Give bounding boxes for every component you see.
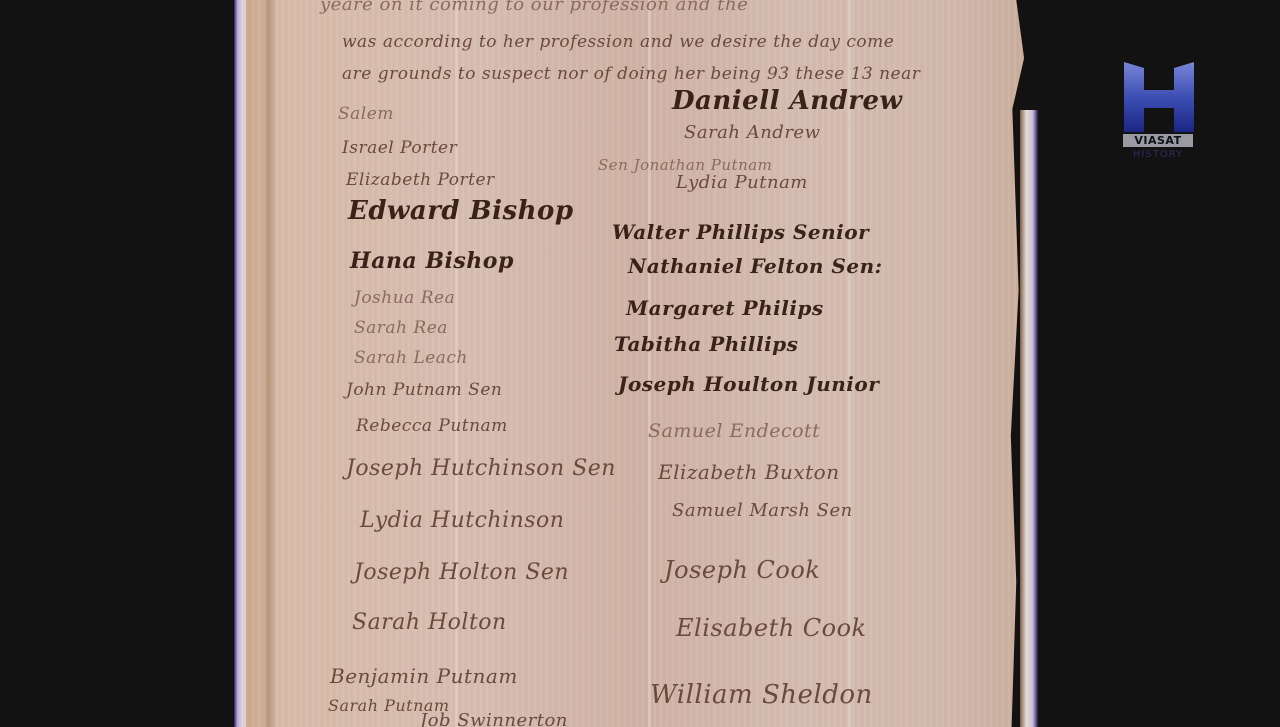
signature: Margaret Philips [626,296,824,320]
signature: Lydia Hutchinson [360,508,564,533]
signature: Sarah Andrew [684,122,821,143]
h-logo-icon [1122,62,1196,132]
signature: Sarah Rea [354,318,448,338]
channel-logo: VIASAT HISTORY [1122,62,1196,162]
signature: Tabitha Phillips [614,332,798,356]
signature: Samuel Endecott [648,420,820,442]
logo-brand-text: VIASAT [1123,134,1193,147]
signature: John Putnam Sen [346,380,502,400]
video-frame: yeare on it coming to our profession and… [0,0,1280,727]
signature: Sarah Holton [352,610,507,635]
signature: William Sheldon [650,680,873,710]
logo-subbrand-text: HISTORY [1123,149,1193,161]
signature: Nathaniel Felton Sen: [628,254,883,278]
paper-stain-left [262,0,276,727]
signature: Sarah Leach [354,348,468,368]
signature: Hana Bishop [350,248,514,274]
signature: Elisabeth Cook [676,614,867,642]
mount-right-edge [1020,110,1038,727]
signature: Elizabeth Porter [346,170,495,190]
header-line: was according to her profession and we d… [342,32,894,52]
signature: Joseph Hutchinson Sen [346,456,616,481]
fold-line [648,0,651,727]
signature: Benjamin Putnam [330,664,518,688]
signature: Daniell Andrew [672,86,902,116]
signature: Samuel Marsh Sen [672,500,853,521]
signature: Salem [338,104,394,124]
signature: Walter Phillips Senior [612,220,869,244]
signature: Elizabeth Buxton [658,460,840,484]
signature: Israel Porter [342,138,457,158]
header-line: yeare on it coming to our profession and… [320,0,748,15]
signature: Job Swinnerton [420,710,568,727]
header-line: are grounds to suspect nor of doing her … [342,64,920,84]
signature: Joshua Rea [354,288,455,308]
signature: Edward Bishop [348,196,574,226]
signature: Rebecca Putnam [356,416,508,436]
signature: Lydia Putnam [676,172,808,193]
signature: Joseph Holton Sen [354,560,569,585]
signature: Joseph Cook [664,556,820,584]
signature: Joseph Houlton Junior [618,372,879,396]
mount-left-edge [234,0,248,727]
